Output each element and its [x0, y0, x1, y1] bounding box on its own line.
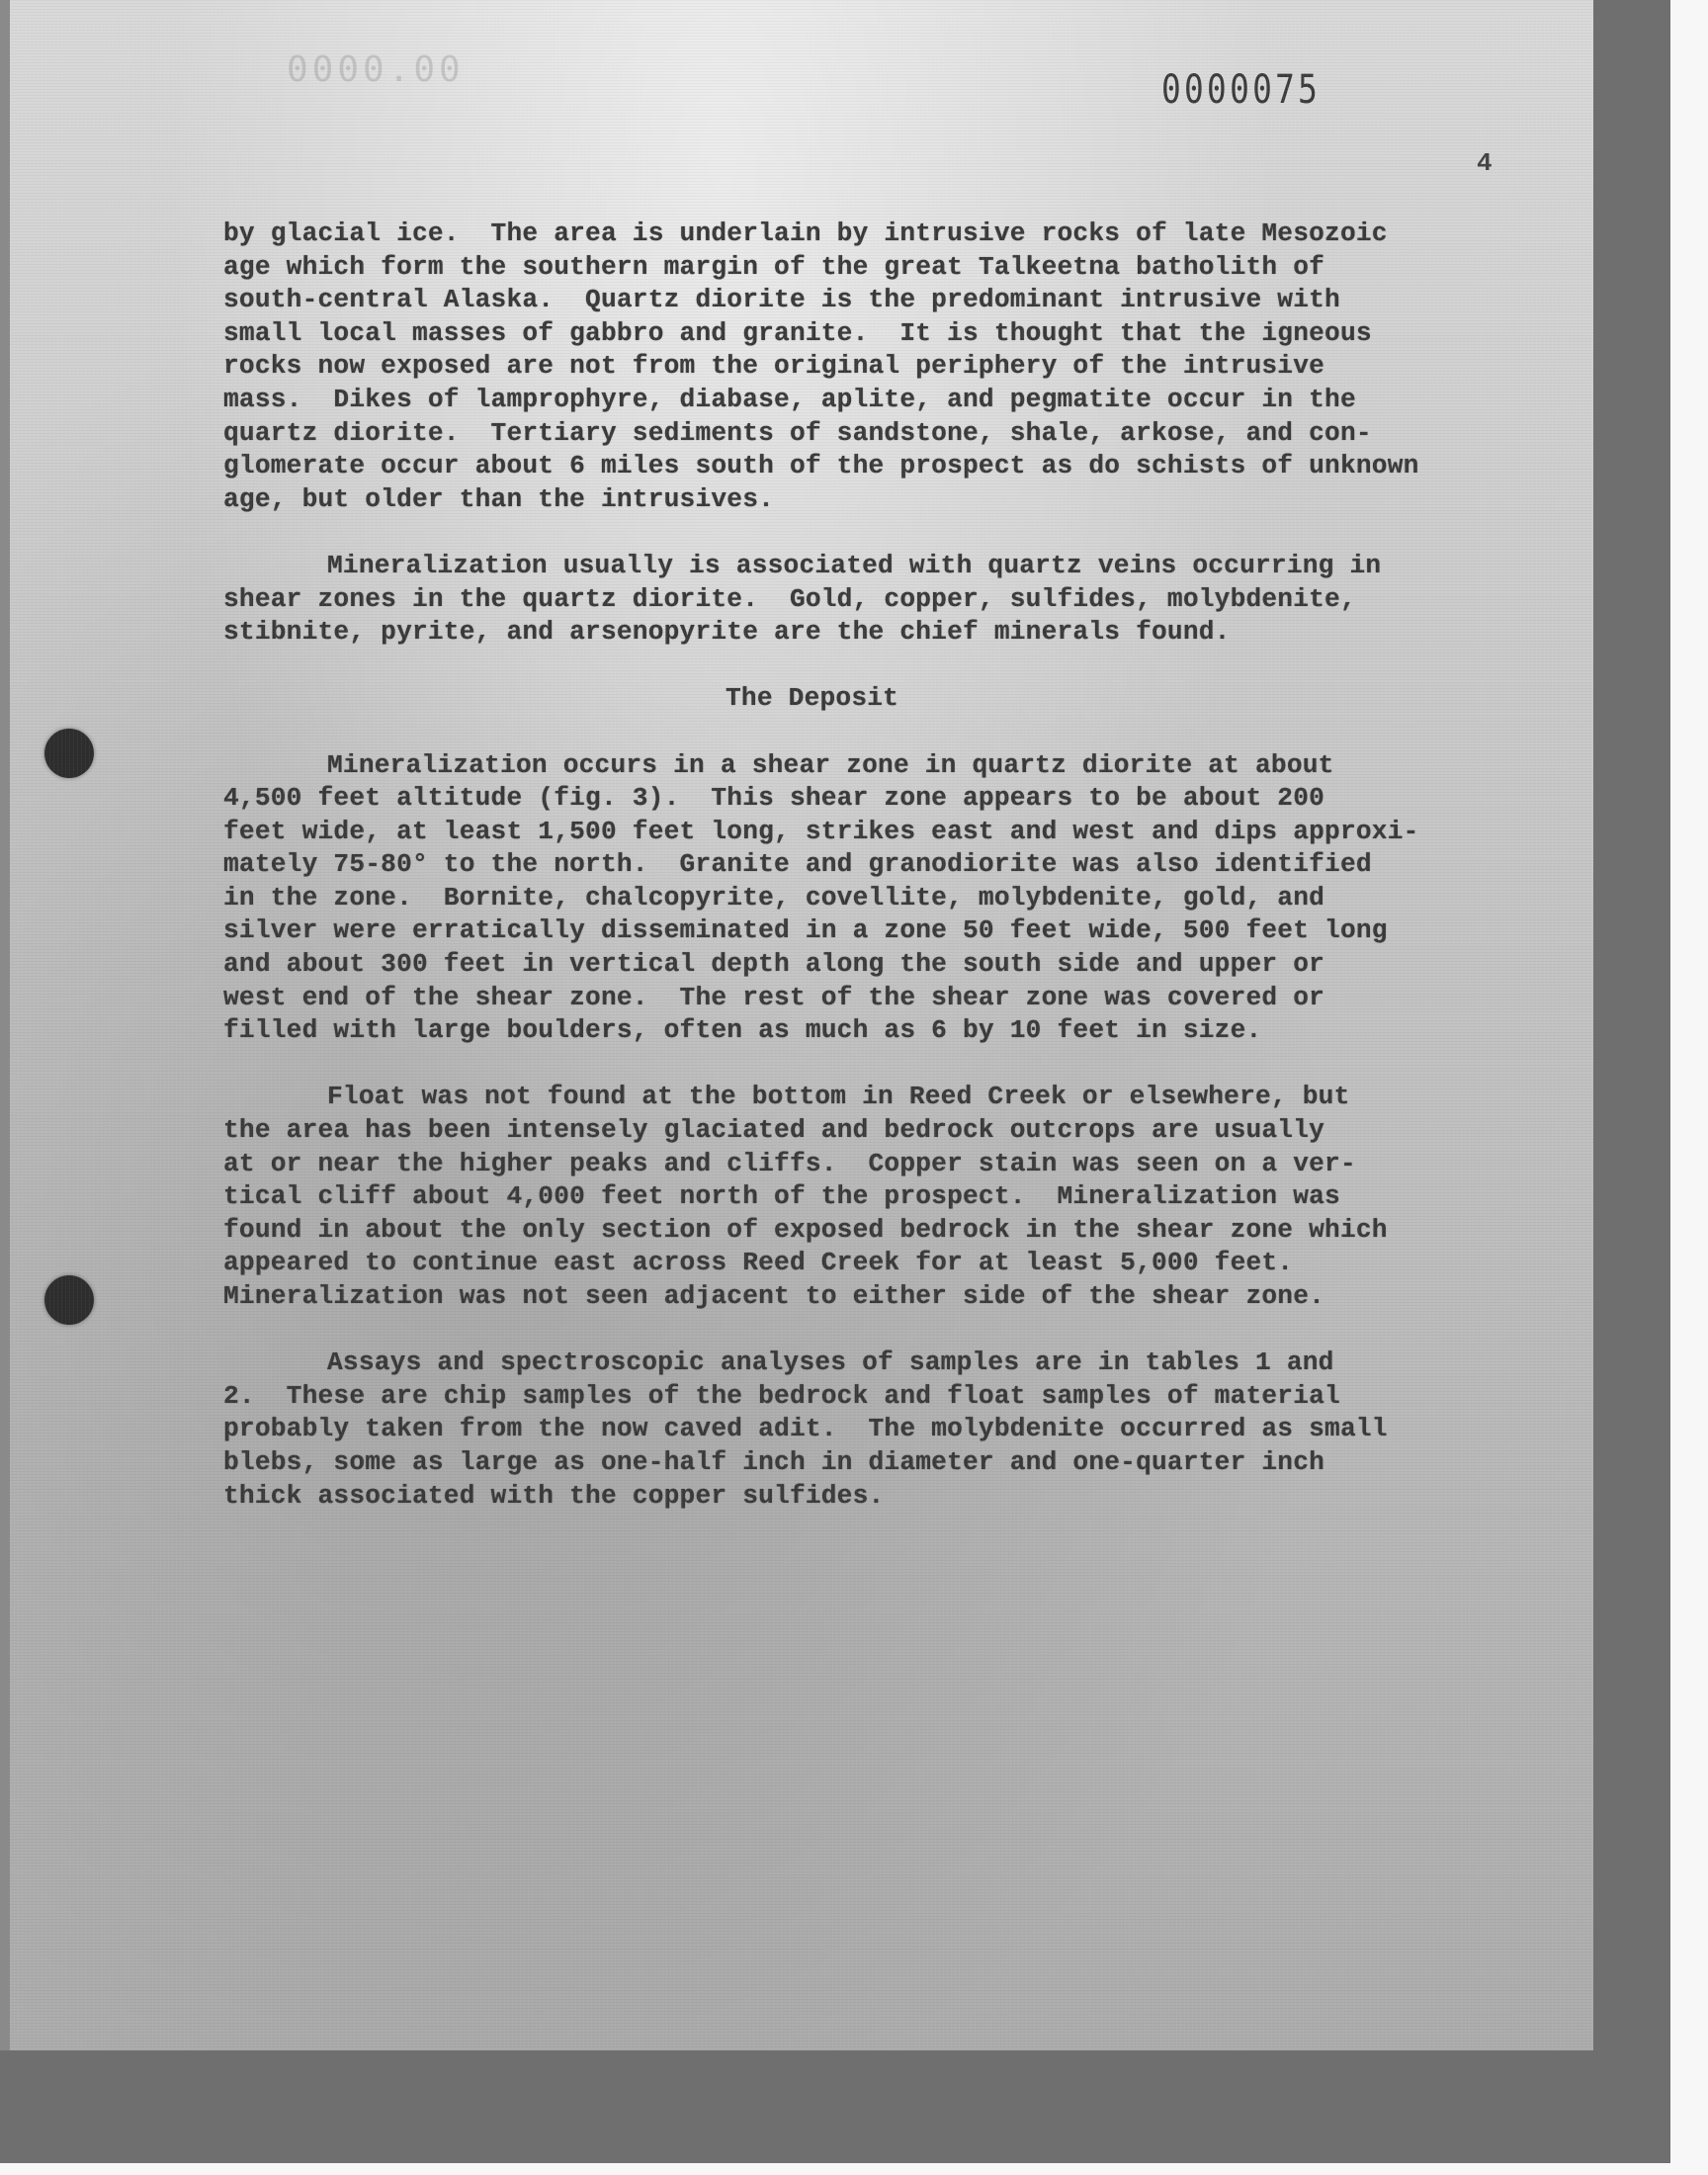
- paragraph-mineralization-general: Mineralization usually is associated wit…: [223, 550, 1508, 650]
- text-line: age, but older than the intrusives.: [223, 483, 1508, 517]
- section-heading-the-deposit: The Deposit: [223, 682, 1508, 716]
- text-line: Mineralization was not seen adjacent to …: [223, 1280, 1508, 1314]
- text-line: by glacial ice. The area is underlain by…: [223, 217, 1508, 251]
- text-line: 2. These are chip samples of the bedrock…: [223, 1380, 1508, 1414]
- text-line: mass. Dikes of lamprophyre, diabase, apl…: [223, 384, 1508, 417]
- punch-hole-lower: [44, 1275, 94, 1325]
- faint-bleed-through-stamp: 0000.00: [287, 49, 465, 90]
- text-line: found in about the only section of expos…: [223, 1214, 1508, 1248]
- text-line: feet wide, at least 1,500 feet long, str…: [223, 816, 1508, 849]
- text-line: probably taken from the now caved adit. …: [223, 1413, 1508, 1446]
- text-line: rocks now exposed are not from the origi…: [223, 350, 1508, 384]
- text-line: in the zone. Bornite, chalcopyrite, cove…: [223, 882, 1508, 915]
- text-line: stibnite, pyrite, and arsenopyrite are t…: [223, 616, 1508, 650]
- text-line: south-central Alaska. Quartz diorite is …: [223, 284, 1508, 317]
- text-line: appeared to continue east across Reed Cr…: [223, 1247, 1508, 1280]
- text-line: west end of the shear zone. The rest of …: [223, 982, 1508, 1015]
- text-line: quartz diorite. Tertiary sediments of sa…: [223, 417, 1508, 451]
- text-line: mately 75-80° to the north. Granite and …: [223, 848, 1508, 882]
- text-line: 4,500 feet altitude (fig. 3). This shear…: [223, 782, 1508, 816]
- text-line: age which form the southern margin of th…: [223, 251, 1508, 285]
- text-line: thick associated with the copper sulfide…: [223, 1480, 1508, 1514]
- page-number: 4: [1477, 148, 1493, 178]
- punch-hole-upper: [44, 729, 94, 778]
- text-line: Mineralization usually is associated wit…: [223, 550, 1508, 583]
- text-line: small local masses of gabbro and granite…: [223, 317, 1508, 351]
- text-line: blebs, some as large as one-half inch in…: [223, 1446, 1508, 1480]
- document-control-number: 0000075: [1161, 67, 1321, 113]
- text-line: glomerate occur about 6 miles south of t…: [223, 450, 1508, 483]
- text-line: Float was not found at the bottom in Ree…: [223, 1081, 1508, 1114]
- text-line: shear zones in the quartz diorite. Gold,…: [223, 583, 1508, 617]
- paragraph-deposit-description: Mineralization occurs in a shear zone in…: [223, 749, 1508, 1048]
- text-line: filled with large boulders, often as muc…: [223, 1014, 1508, 1048]
- paragraph-float-and-outcrops: Float was not found at the bottom in Ree…: [223, 1081, 1508, 1313]
- text-line: tical cliff about 4,000 feet north of th…: [223, 1180, 1508, 1214]
- text-line: at or near the higher peaks and cliffs. …: [223, 1148, 1508, 1181]
- body-text: by glacial ice. The area is underlain by…: [223, 217, 1508, 1546]
- text-line: Assays and spectroscopic analyses of sam…: [223, 1347, 1508, 1380]
- text-line: and about 300 feet in vertical depth alo…: [223, 948, 1508, 982]
- text-line: Mineralization occurs in a shear zone in…: [223, 749, 1508, 783]
- scanned-page: 0000.00 0000075 4 by glacial ice. The ar…: [0, 0, 1593, 2050]
- paragraph-assays: Assays and spectroscopic analyses of sam…: [223, 1347, 1508, 1513]
- text-line: the area has been intensely glaciated an…: [223, 1114, 1508, 1148]
- paragraph-geology: by glacial ice. The area is underlain by…: [223, 217, 1508, 516]
- text-line: silver were erratically disseminated in …: [223, 914, 1508, 948]
